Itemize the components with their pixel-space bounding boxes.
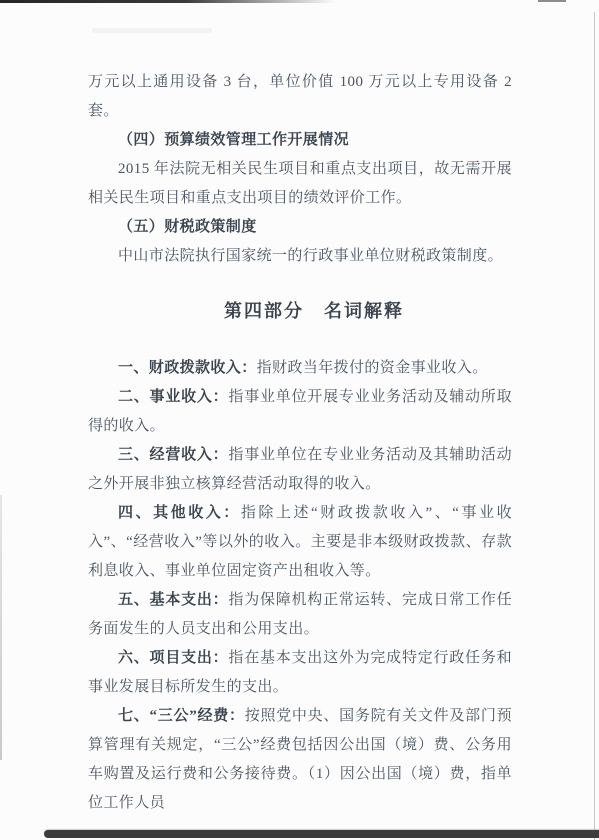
paragraph: 中山市法院执行国家统一的行政事业单位财税政策制度。 [88, 242, 512, 271]
scanned-document-page: 万元以上通用设备 3 台，单位价值 100 万元以上专用设备 2 套。（四）预算… [0, 0, 599, 840]
term-label: 四、其他收入： [118, 505, 241, 521]
paragraph: 四、其他收入：指除上述“财政拨款收入”、“事业收入”、“经营收入”等以外的收入。… [88, 499, 512, 586]
term-label: 二、事业收入： [118, 389, 228, 405]
paragraph: 2015 年法院无相关民生项目和重点支出项目，故无需开展相关民生项目和重点支出项… [88, 155, 512, 213]
text-run: 指财政当年拨付的资金事业收入。 [257, 360, 488, 376]
paragraph: 二、事业收入：指事业单位开展专业业务活动及辅动所取得的收入。 [88, 383, 512, 441]
paragraph: 万元以上通用设备 3 台，单位价值 100 万元以上专用设备 2 套。 [88, 68, 512, 126]
text-run: 万元以上通用设备 3 台，单位价值 100 万元以上专用设备 2 套。 [88, 74, 512, 119]
paragraph: 七、“三公”经费：按照党中央、国务院有关文件及部门预算管理有关规定，“三公”经费… [88, 702, 512, 818]
text-run: 中山市法院执行国家统一的行政事业单位财税政策制度。 [118, 248, 503, 264]
term-label: 一、财政拨款收入： [118, 360, 257, 376]
paragraph: 三、经营收入：指事业单位在专业业务活动及其辅助活动之外开展非独立核算经营活动取得… [88, 441, 512, 499]
term-label: 六、项目支出： [118, 650, 228, 666]
term-label: （四）预算绩效管理工作开展情况 [118, 132, 349, 148]
paragraph: 六、项目支出：指在基本支出这外为完成特定行政任务和事业发展目标所发生的支出。 [88, 644, 512, 702]
part-heading: 第四部分 名词解释 [102, 297, 526, 326]
term-label: 五、基本支出： [118, 592, 228, 608]
section-heading: （五）财税政策制度 [88, 213, 512, 242]
paragraph: 五、基本支出：指为保障机构正常运转、完成日常工作任务面发生的人员支出和公用支出。 [88, 586, 512, 644]
term-label: 第四部分 名词解释 [224, 301, 404, 321]
paragraph: 一、财政拨款收入：指财政当年拨付的资金事业收入。 [88, 354, 512, 383]
term-label: （五）财税政策制度 [118, 219, 257, 235]
text-run: 2015 年法院无相关民生项目和重点支出项目，故无需开展相关民生项目和重点支出项… [88, 161, 512, 206]
term-label: 七、“三公”经费： [118, 708, 245, 724]
document-body: 万元以上通用设备 3 台，单位价值 100 万元以上专用设备 2 套。（四）预算… [0, 0, 599, 818]
section-heading: （四）预算绩效管理工作开展情况 [88, 126, 512, 155]
term-label: 三、经营收入： [118, 447, 228, 463]
scan-edge-bottom [44, 830, 599, 838]
